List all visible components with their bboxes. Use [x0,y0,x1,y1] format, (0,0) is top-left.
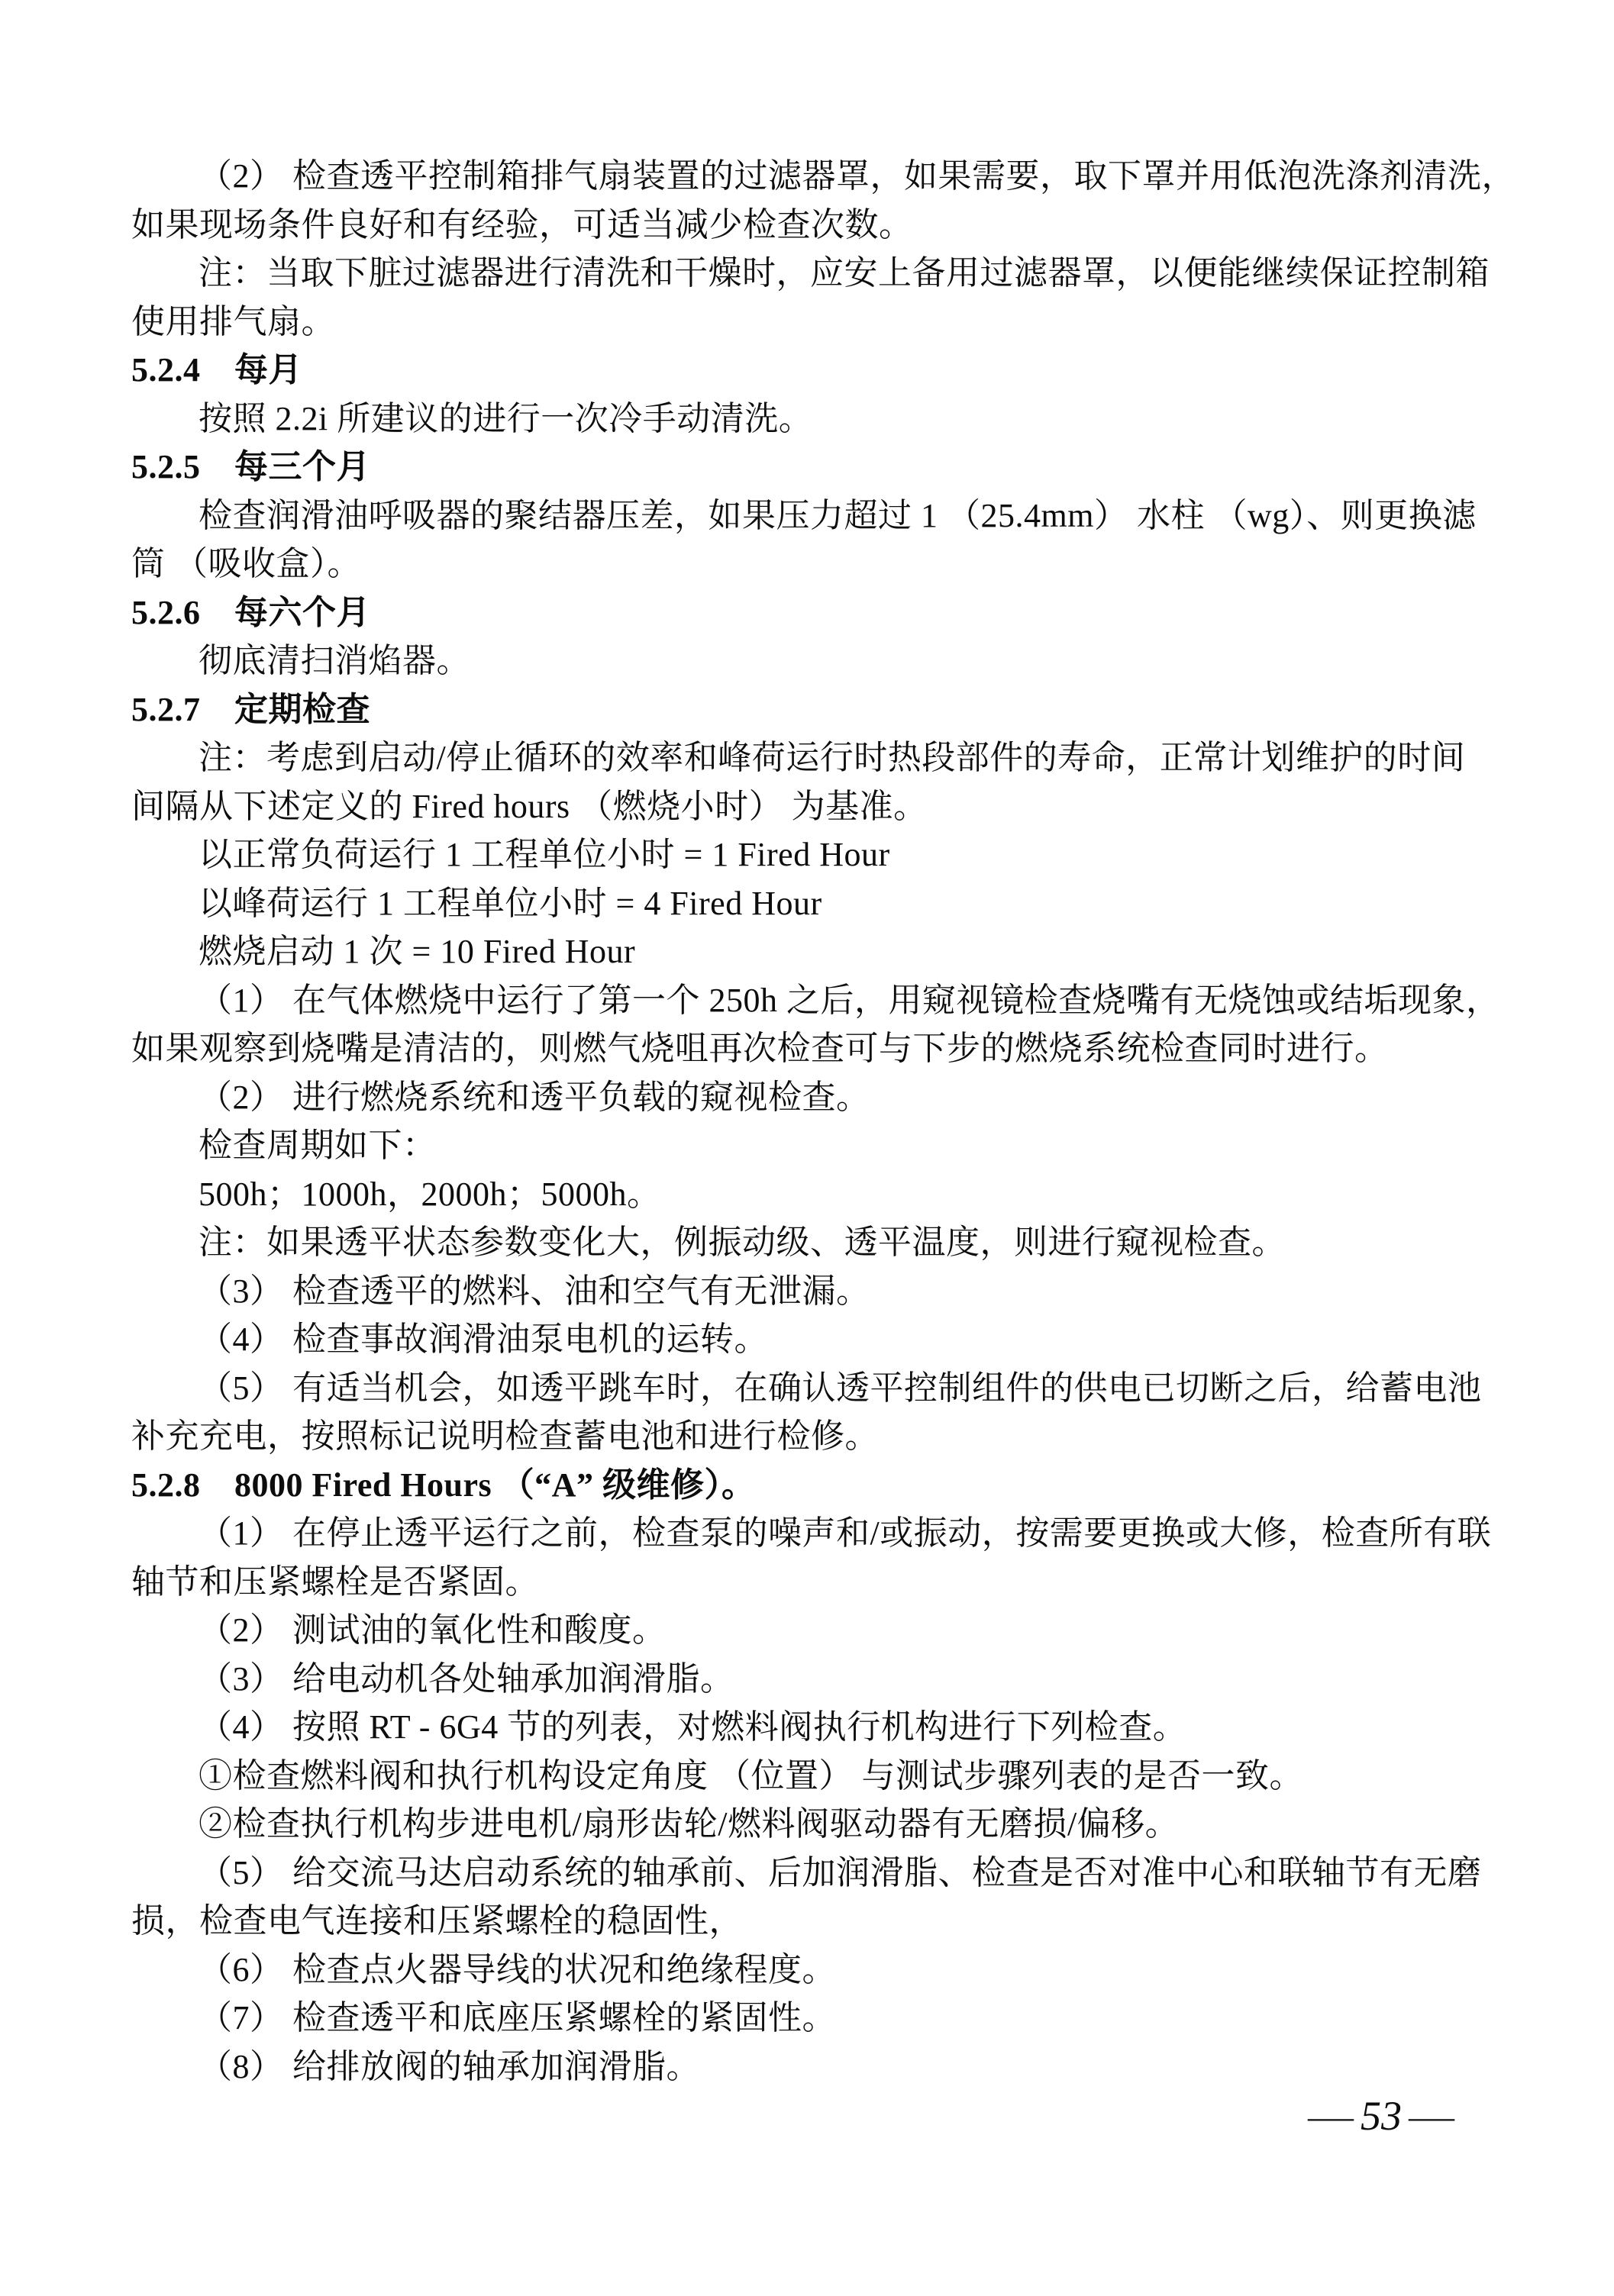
text-line: 如果现场条件良好和有经验，可适当减少检查次数。 [131,201,1513,250]
text-line: 间隔从下述定义的 Fired hours （燃烧小时） 为基准。 [131,782,1513,831]
text-line: 注：考虑到启动/停止循环的效率和峰荷运行时热段部件的寿命，正常计划维护的时间 [131,734,1513,782]
text-line: （8） 给排放阀的轴承加润滑脂。 [131,2043,1513,2091]
section-heading: 5.2.6 每六个月 [131,589,1513,637]
document-page: （2） 检查透平控制箱排气扇装置的过滤器罩，如果需要，取下罩并用低泡洗涤剂清洗，… [0,0,1614,2296]
text-line: 轴节和压紧螺栓是否紧固。 [131,1558,1513,1607]
text-line: 500h；1000h，2000h；5000h。 [131,1170,1513,1219]
text-line: （4） 检查事故润滑油泵电机的运转。 [131,1315,1513,1364]
text-line: ①检查燃料阀和执行机构设定角度 （位置） 与测试步骤列表的是否一致。 [131,1752,1513,1801]
section-heading: 5.2.5 每三个月 [131,443,1513,492]
text-line: 补充充电，按照标记说明检查蓄电池和进行检修。 [131,1412,1513,1461]
page-number: 53 [1361,2092,1402,2140]
text-line: 使用排气扇。 [131,298,1513,347]
text-line: （3） 给电动机各处轴承加润滑脂。 [131,1655,1513,1704]
text-line: ②检查执行机构步进电机/扇形齿轮/燃料阀驱动器有无磨损/偏移。 [131,1800,1513,1849]
text-line: （3） 检查透平的燃料、油和空气有无泄漏。 [131,1267,1513,1316]
section-heading: 5.2.8 8000 Fired Hours （“A” 级维修）。 [131,1461,1513,1510]
text-line: 损，检查电气连接和压紧螺栓的稳固性， [131,1897,1513,1946]
footer-dash-right: — [1409,2096,1454,2136]
footer-dash-left: — [1308,2096,1354,2136]
section-heading: 5.2.4 每月 [131,346,1513,395]
text-line: 以峰荷运行 1 工程单位小时 = 4 Fired Hour [131,879,1513,928]
text-line: 按照 2.2i 所建议的进行一次冷手动清洗。 [131,395,1513,443]
text-line: 筒 （吸收盒）。 [131,540,1513,589]
text-line: （1） 在气体燃烧中运行了第一个 250h 之后，用窥视镜检查烧嘴有无烧蚀或结垢… [131,976,1513,1025]
text-line: （6） 检查点火器导线的状况和绝缘程度。 [131,1946,1513,1994]
text-line: （5） 有适当机会，如透平跳车时，在确认透平控制组件的供电已切断之后，给蓄电池 [131,1364,1513,1413]
text-line: 以正常负荷运行 1 工程单位小时 = 1 Fired Hour [131,830,1513,879]
text-line: 如果观察到烧嘴是清洁的，则燃气烧咀再次检查可与下步的燃烧系统检查同时进行。 [131,1024,1513,1073]
text-line: （4） 按照 RT - 6G4 节的列表，对燃料阀执行机构进行下列检查。 [131,1703,1513,1752]
text-line: 注：当取下脏过滤器进行清洗和干燥时，应安上备用过滤器罩，以便能继续保证控制箱 [131,249,1513,298]
text-line: 检查周期如下： [131,1121,1513,1170]
text-line: （5） 给交流马达启动系统的轴承前、后加润滑脂、检查是否对准中心和联轴节有无磨 [131,1849,1513,1898]
page-number-footer: — 53 — [1313,2093,1449,2139]
text-line: （1） 在停止透平运行之前，检查泵的噪声和/或振动，按需要更换或大修，检查所有联 [131,1509,1513,1558]
text-line: （2） 进行燃烧系统和透平负载的窥视检查。 [131,1073,1513,1122]
text-line: （2） 检查透平控制箱排气扇装置的过滤器罩，如果需要，取下罩并用低泡洗涤剂清洗， [131,152,1513,201]
text-line: （2） 测试油的氧化性和酸度。 [131,1606,1513,1655]
text-line: 彻底清扫消焰器。 [131,637,1513,685]
text-line: 注：如果透平状态参数变化大，例振动级、透平温度，则进行窥视检查。 [131,1218,1513,1267]
text-line: （7） 检查透平和底座压紧螺栓的紧固性。 [131,1994,1513,2043]
text-line: 检查润滑油呼吸器的聚结器压差，如果压力超过 1 （25.4mm） 水柱 （wg）… [131,492,1513,540]
text-line: 燃烧启动 1 次 = 10 Fired Hour [131,927,1513,976]
section-heading: 5.2.7 定期检查 [131,685,1513,734]
document-body: （2） 检查透平控制箱排气扇装置的过滤器罩，如果需要，取下罩并用低泡洗涤剂清洗，… [131,152,1513,2091]
